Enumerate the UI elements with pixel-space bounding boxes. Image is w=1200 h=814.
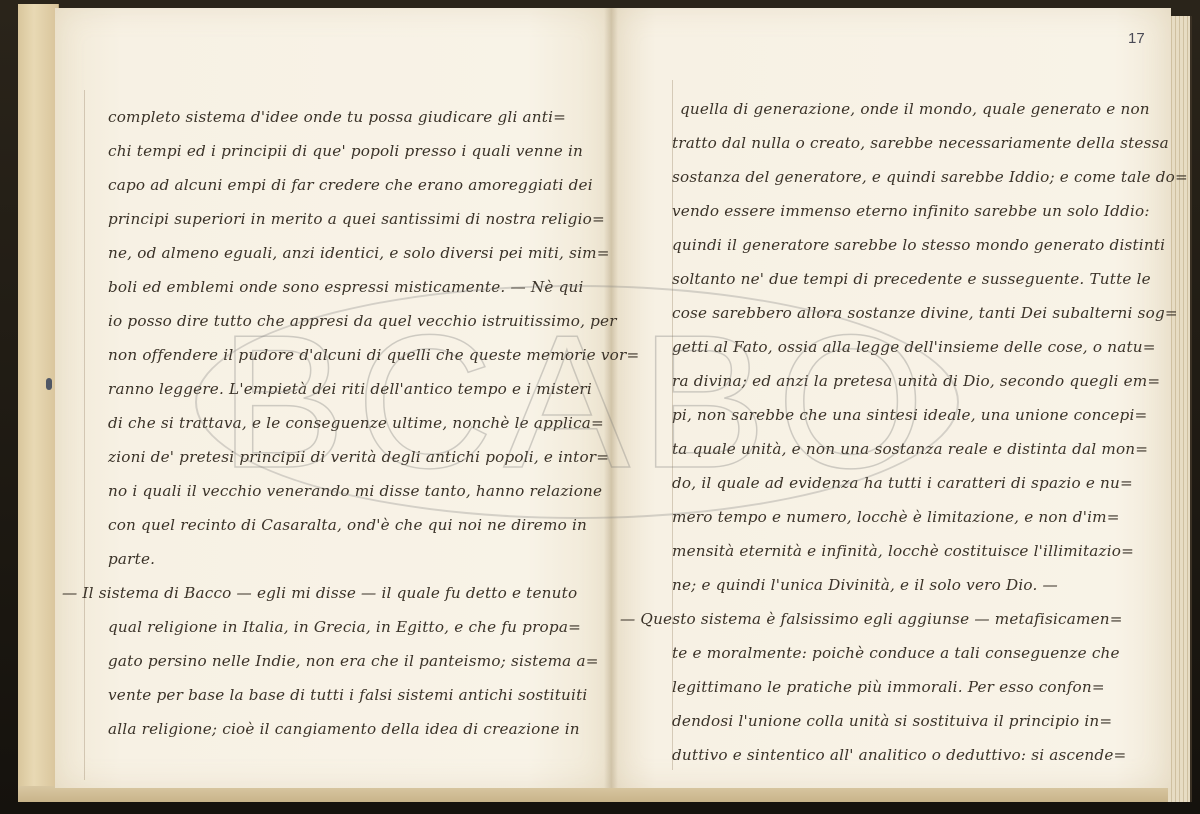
bottom-endpaper	[18, 786, 1178, 802]
text-line: mensità eternità e infinità, locchè cost…	[672, 542, 1134, 560]
text-line: quella di generazione, onde il mondo, qu…	[680, 100, 1150, 118]
text-line: ne, od almeno eguali, anzi identici, e s…	[108, 244, 610, 262]
page-number: 17	[1128, 30, 1145, 47]
text-line: cose sarebbero allora sostanze divine, t…	[672, 304, 1178, 322]
text-line: — Il sistema di Bacco — egli mi disse — …	[62, 584, 577, 602]
text-line: di che si trattava, e le conseguenze ult…	[108, 414, 604, 432]
text-line: te e moralmente: poichè conduce a tali c…	[672, 644, 1120, 662]
text-line: duttivo e sintentico all' analitico o de…	[672, 746, 1126, 764]
text-line: zioni de' pretesi principii di verità de…	[108, 448, 609, 466]
page-edges	[1168, 16, 1192, 802]
text-line: dendosi l'unione colla unità si sostitui…	[672, 712, 1112, 730]
text-line: pi, non sarebbe che una sintesi ideale, …	[672, 406, 1147, 424]
ink-mark	[46, 378, 52, 390]
text-line: boli ed emblemi onde sono espressi misti…	[108, 278, 584, 296]
text-line: principi superiori in merito a quei sant…	[108, 210, 605, 228]
text-line: ranno leggere. L'empietà dei riti dell'a…	[108, 380, 592, 398]
text-line: quindi il generatore sarebbe lo stesso m…	[672, 236, 1165, 254]
text-line: alla religione; cioè il cangiamento dell…	[108, 720, 580, 738]
text-line: ta quale unità, e non una sostanza reale…	[672, 440, 1148, 458]
text-line: non offendere il pudore d'alcuni di quel…	[108, 346, 639, 364]
left-endpaper	[18, 4, 59, 800]
left-margin-rule	[84, 90, 85, 780]
text-line: io posso dire tutto che appresi da quel …	[108, 312, 617, 330]
text-line: con quel recinto di Casaralta, ond'è che…	[108, 516, 587, 534]
text-line: mero tempo e numero, locchè è limitazion…	[672, 508, 1120, 526]
text-line: legittimano le pratiche più immorali. Pe…	[672, 678, 1105, 696]
text-line: capo ad alcuni empi di far credere che e…	[108, 176, 593, 194]
text-line: vendo essere immenso eterno infinito sar…	[672, 202, 1150, 220]
text-line: completo sistema d'idee onde tu possa gi…	[108, 108, 566, 126]
text-line: ne; e quindi l'unica Divinità, e il solo…	[672, 576, 1058, 594]
text-line: vente per base la base di tutti i falsi …	[108, 686, 587, 704]
right-page	[611, 8, 1171, 788]
text-line: — Questo sistema è falsissimo egli aggiu…	[620, 610, 1123, 628]
text-line: tratto dal nulla o creato, sarebbe neces…	[672, 134, 1169, 152]
text-line: sostanza del generatore, e quindi sarebb…	[672, 168, 1188, 186]
text-line: no i quali il vecchio venerando mi disse…	[108, 482, 602, 500]
book-gutter	[604, 8, 618, 788]
text-line: chi tempi ed i principii di que' popoli …	[108, 142, 583, 160]
text-line: parte.	[108, 550, 155, 568]
text-line: qual religione in Italia, in Grecia, in …	[108, 618, 581, 636]
text-line: soltanto ne' due tempi di precedente e s…	[672, 270, 1151, 288]
text-line: getti al Fato, ossia alla legge dell'ins…	[672, 338, 1156, 356]
text-line: ra divina; ed anzi la pretesa unità di D…	[672, 372, 1160, 390]
text-line: do, il quale ad evidenza ha tutti i cara…	[672, 474, 1133, 492]
text-line: gato persino nelle Indie, non era che il…	[108, 652, 599, 670]
